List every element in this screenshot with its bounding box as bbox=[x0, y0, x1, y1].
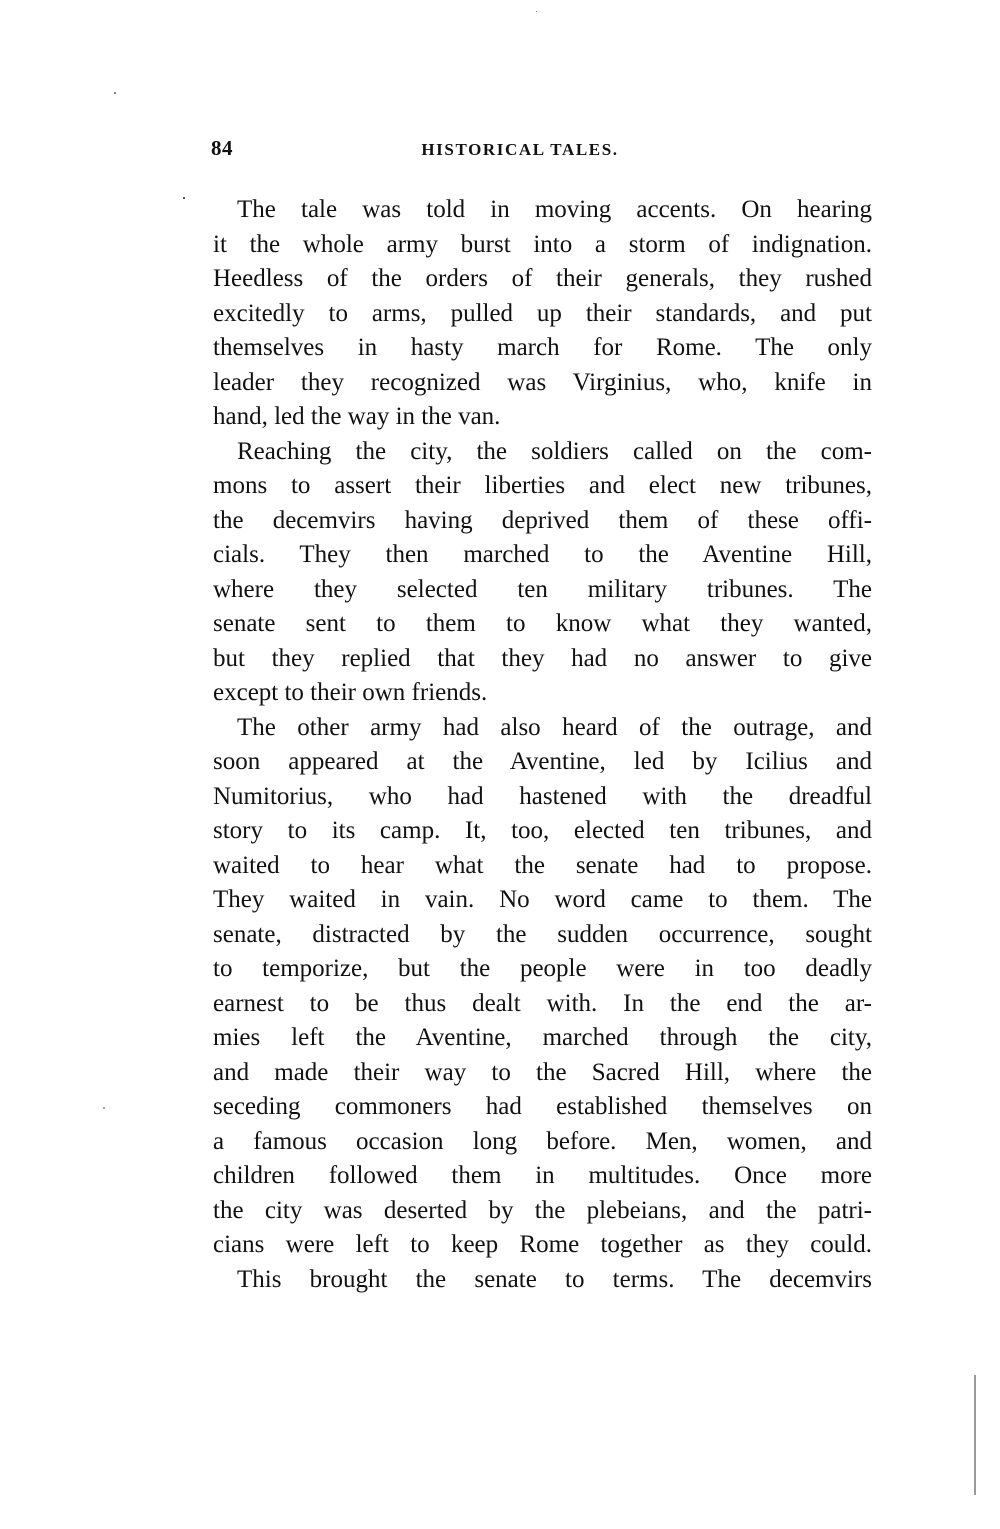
text-line: the decemvirs having deprived them of th… bbox=[213, 504, 872, 538]
text-line: Reaching the city, the soldiers called o… bbox=[237, 435, 872, 469]
text-line: They waited in vain. No word came to the… bbox=[213, 883, 872, 917]
scan-edge-line bbox=[974, 1375, 976, 1495]
text-line: but they replied that they had no answer… bbox=[213, 642, 872, 676]
text-line: soon appeared at the Aventine, led by Ic… bbox=[213, 745, 872, 779]
scan-speck bbox=[183, 197, 185, 199]
text-line: mies left the Aventine, marched through … bbox=[213, 1021, 872, 1055]
text-line: and made their way to the Sacred Hill, w… bbox=[213, 1056, 872, 1090]
text-line: where they selected ten military tribune… bbox=[213, 573, 872, 607]
text-line: waited to hear what the senate had to pr… bbox=[213, 849, 872, 883]
text-line: senate sent to them to know what they wa… bbox=[213, 607, 872, 641]
book-page: 84 HISTORICAL TALES. The tale was told i… bbox=[0, 0, 1000, 1529]
text-line: themselves in hasty march for Rome. The … bbox=[213, 331, 872, 365]
text-line: mons to assert their liberties and elect… bbox=[213, 469, 872, 503]
text-line: earnest to be thus dealt with. In the en… bbox=[213, 987, 872, 1021]
scan-speck bbox=[103, 1107, 105, 1109]
scan-speck bbox=[114, 92, 116, 94]
text-line: cials. They then marched to the Aventine… bbox=[213, 538, 872, 572]
text-line: to temporize, but the people were in too… bbox=[213, 952, 872, 986]
text-line: it the whole army burst into a storm of … bbox=[213, 228, 872, 262]
running-head: HISTORICAL TALES. bbox=[300, 140, 740, 160]
text-line: hand, led the way in the van. bbox=[213, 400, 872, 434]
text-line: excitedly to arms, pulled up their stand… bbox=[213, 297, 872, 331]
text-line: cians were left to keep Rome together as… bbox=[213, 1228, 872, 1262]
text-line: Numitorius, who had hastened with the dr… bbox=[213, 780, 872, 814]
text-line: seceding commoners had established thems… bbox=[213, 1090, 872, 1124]
text-line: a famous occasion long before. Men, wome… bbox=[213, 1125, 872, 1159]
text-line: except to their own friends. bbox=[213, 676, 872, 710]
text-line: This brought the senate to terms. The de… bbox=[237, 1263, 872, 1297]
text-line: senate, distracted by the sudden occurre… bbox=[213, 918, 872, 952]
text-line: children followed them in multitudes. On… bbox=[213, 1159, 872, 1193]
text-line: The tale was told in moving accents. On … bbox=[237, 193, 872, 227]
page-number: 84 bbox=[211, 136, 233, 161]
text-line: story to its camp. It, too, elected ten … bbox=[213, 814, 872, 848]
scan-speck bbox=[536, 11, 537, 12]
text-line: The other army had also heard of the out… bbox=[237, 711, 872, 745]
text-line: Heedless of the orders of their generals… bbox=[213, 262, 872, 296]
text-line: leader they recognized was Virginius, wh… bbox=[213, 366, 872, 400]
text-line: the city was deserted by the plebeians, … bbox=[213, 1194, 872, 1228]
